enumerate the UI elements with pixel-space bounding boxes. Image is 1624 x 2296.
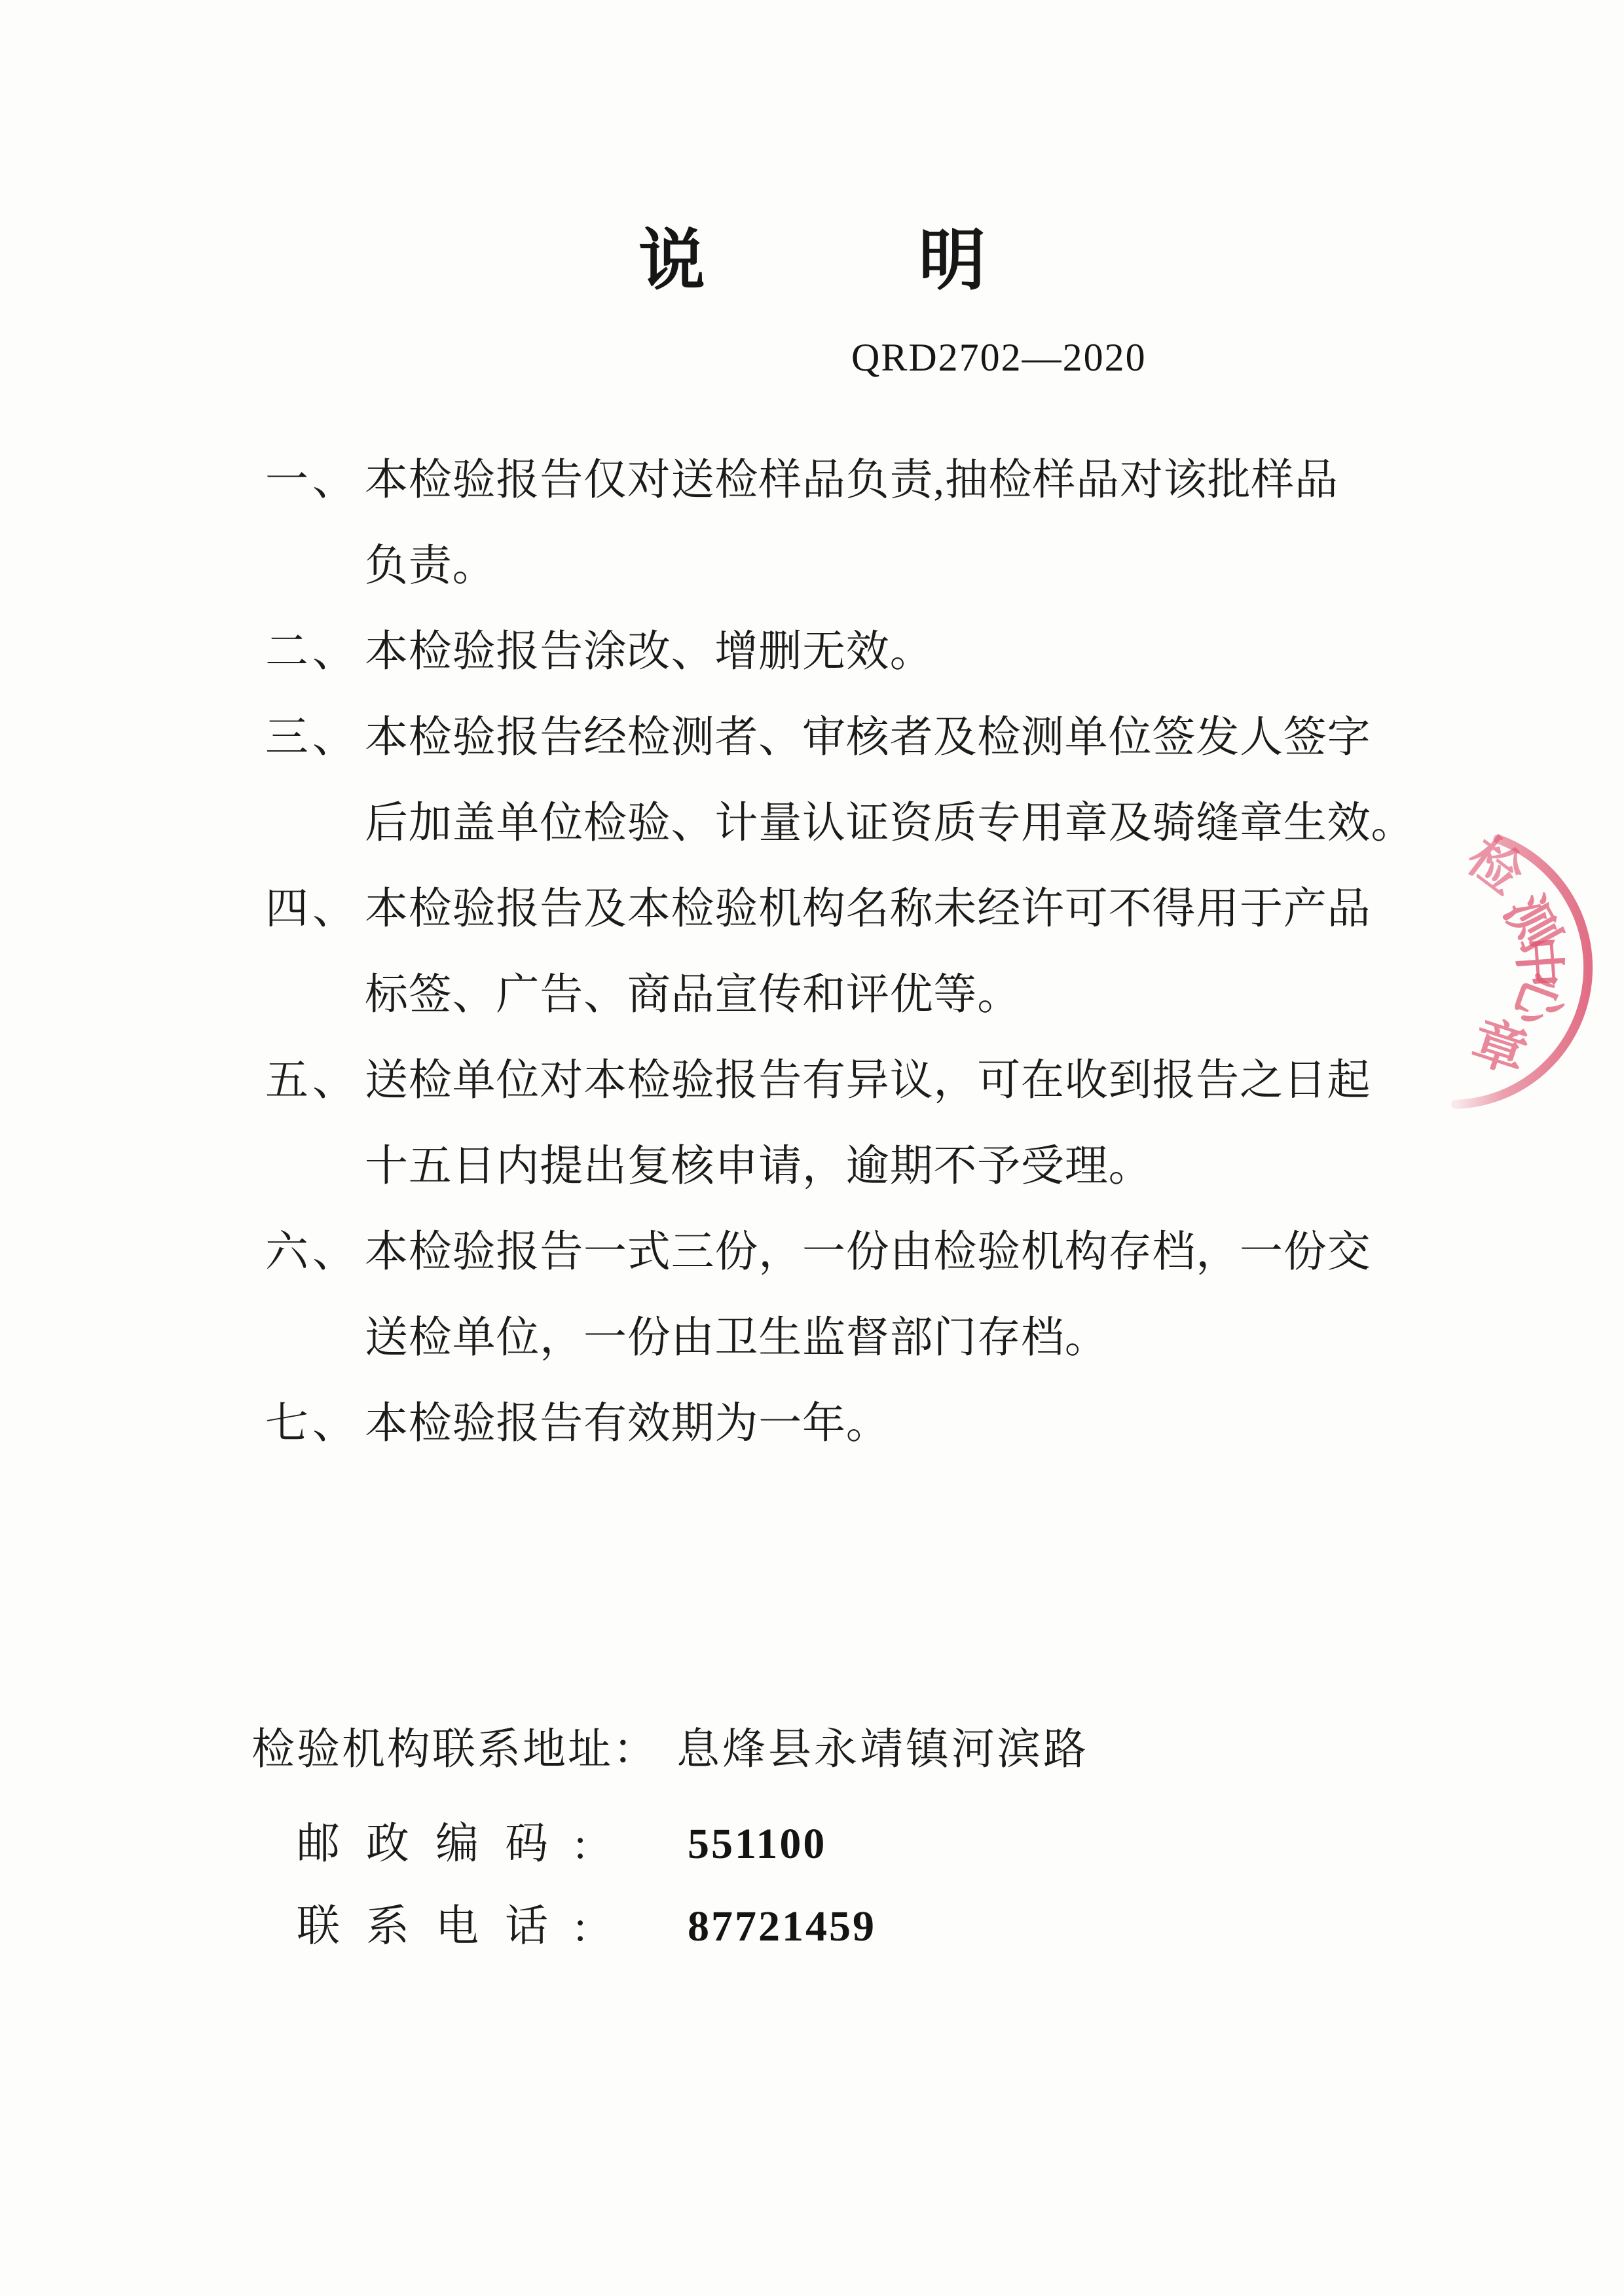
list-item: 五、 送检单位对本检验报告有异议，可在收到报告之日起 十五日内提出复核申请，逾期… <box>265 1038 1378 1209</box>
item-number: 六、 <box>265 1209 365 1295</box>
list-item: 七、 本检验报告有效期为一年。 <box>265 1381 1378 1467</box>
item-line: 送检单位对本检验报告有异议，可在收到报告之日起 <box>365 1038 1378 1123</box>
list-item: 四、 本检验报告及本检验机构名称未经许可不得用于产品 标签、广告、商品宣传和评优… <box>265 866 1378 1038</box>
item-number: 三、 <box>265 695 365 780</box>
phone-label: 联系电话: <box>297 1903 612 1950</box>
item-line: 标签、广告、商品宣传和评优等。 <box>365 952 1378 1038</box>
contact-postal-line: 邮政编码: <box>297 1815 612 1874</box>
item-line: 本检验报告一式三份，一份由检验机构存档，一份交 <box>365 1209 1378 1295</box>
notes-list: 一、 本检验报告仅对送检样品负责,抽检样品对该批样品 负责。 二、 本检验报告涂… <box>265 437 1378 1467</box>
item-line: 负责。 <box>365 523 1378 609</box>
list-item: 二、 本检验报告涂改、增删无效。 <box>265 609 1378 695</box>
item-number: 四、 <box>265 866 365 952</box>
address-label: 检验机构联系地址： <box>251 1726 658 1774</box>
item-text: 本检验报告及本检验机构名称未经许可不得用于产品 标签、广告、商品宣传和评优等。 <box>365 866 1378 1038</box>
item-text: 本检验报告一式三份，一份由检验机构存档，一份交 送检单位，一份由卫生监督部门存档… <box>365 1209 1378 1381</box>
item-line: 本检验报告有效期为一年。 <box>365 1381 1378 1467</box>
item-number: 七、 <box>265 1381 365 1467</box>
document-code: QRD2702—2020 <box>851 331 1147 384</box>
item-text: 本检验报告有效期为一年。 <box>365 1381 1378 1467</box>
phone-value: 87721459 <box>688 1897 876 1956</box>
item-text: 本检验报告涂改、增删无效。 <box>365 609 1378 695</box>
address-value: 息烽县永靖镇河滨路 <box>676 1726 1089 1774</box>
list-item: 六、 本检验报告一式三份，一份由检验机构存档，一份交 送检单位，一份由卫生监督部… <box>265 1209 1378 1381</box>
list-item: 三、 本检验报告经检测者、审核者及检测单位签发人签字 后加盖单位检验、计量认证资… <box>265 695 1378 866</box>
scanned-document-page: 说 明 QRD2702—2020 一、 本检验报告仅对送检样品负责,抽检样品对该… <box>0 0 1624 2296</box>
item-text: 送检单位对本检验报告有异议，可在收到报告之日起 十五日内提出复核申请，逾期不予受… <box>365 1038 1378 1209</box>
item-number: 一、 <box>265 437 365 523</box>
item-line: 本检验报告及本检验机构名称未经许可不得用于产品 <box>365 866 1378 952</box>
seal-char: 中 <box>1507 934 1568 991</box>
contact-address-line: 检验机构联系地址：息烽县永靖镇河滨路 <box>251 1721 1089 1779</box>
item-number: 五、 <box>265 1038 365 1123</box>
postal-value: 551100 <box>688 1815 826 1874</box>
seal-char: 测 <box>1493 887 1569 961</box>
page-title: 说 明 <box>0 216 1624 308</box>
item-line: 本检验报告经检测者、审核者及检测单位签发人签字 <box>365 695 1414 780</box>
contact-phone-line: 联系电话: <box>297 1897 612 1956</box>
seal-char: 心 <box>1501 965 1574 1036</box>
item-line: 本检验报告仅对送检样品负责,抽检样品对该批样品 <box>365 437 1378 523</box>
item-number: 二、 <box>265 609 365 695</box>
seal-char: 检 <box>1456 828 1533 905</box>
item-line: 后加盖单位检验、计量认证资质专用章及骑缝章生效。 <box>365 780 1414 866</box>
seal-char: 章 <box>1465 1011 1534 1085</box>
seal-arc <box>1456 839 1588 1104</box>
postal-label: 邮政编码: <box>297 1820 612 1868</box>
item-line: 本检验报告涂改、增删无效。 <box>365 609 1378 695</box>
item-line: 十五日内提出复核申请，逾期不予受理。 <box>365 1123 1378 1209</box>
list-item: 一、 本检验报告仅对送检样品负责,抽检样品对该批样品 负责。 <box>265 437 1378 609</box>
item-text: 本检验报告经检测者、审核者及检测单位签发人签字 后加盖单位检验、计量认证资质专用… <box>365 695 1414 866</box>
item-line: 送检单位，一份由卫生监督部门存档。 <box>365 1295 1378 1381</box>
item-text: 本检验报告仅对送检样品负责,抽检样品对该批样品 负责。 <box>365 437 1378 609</box>
